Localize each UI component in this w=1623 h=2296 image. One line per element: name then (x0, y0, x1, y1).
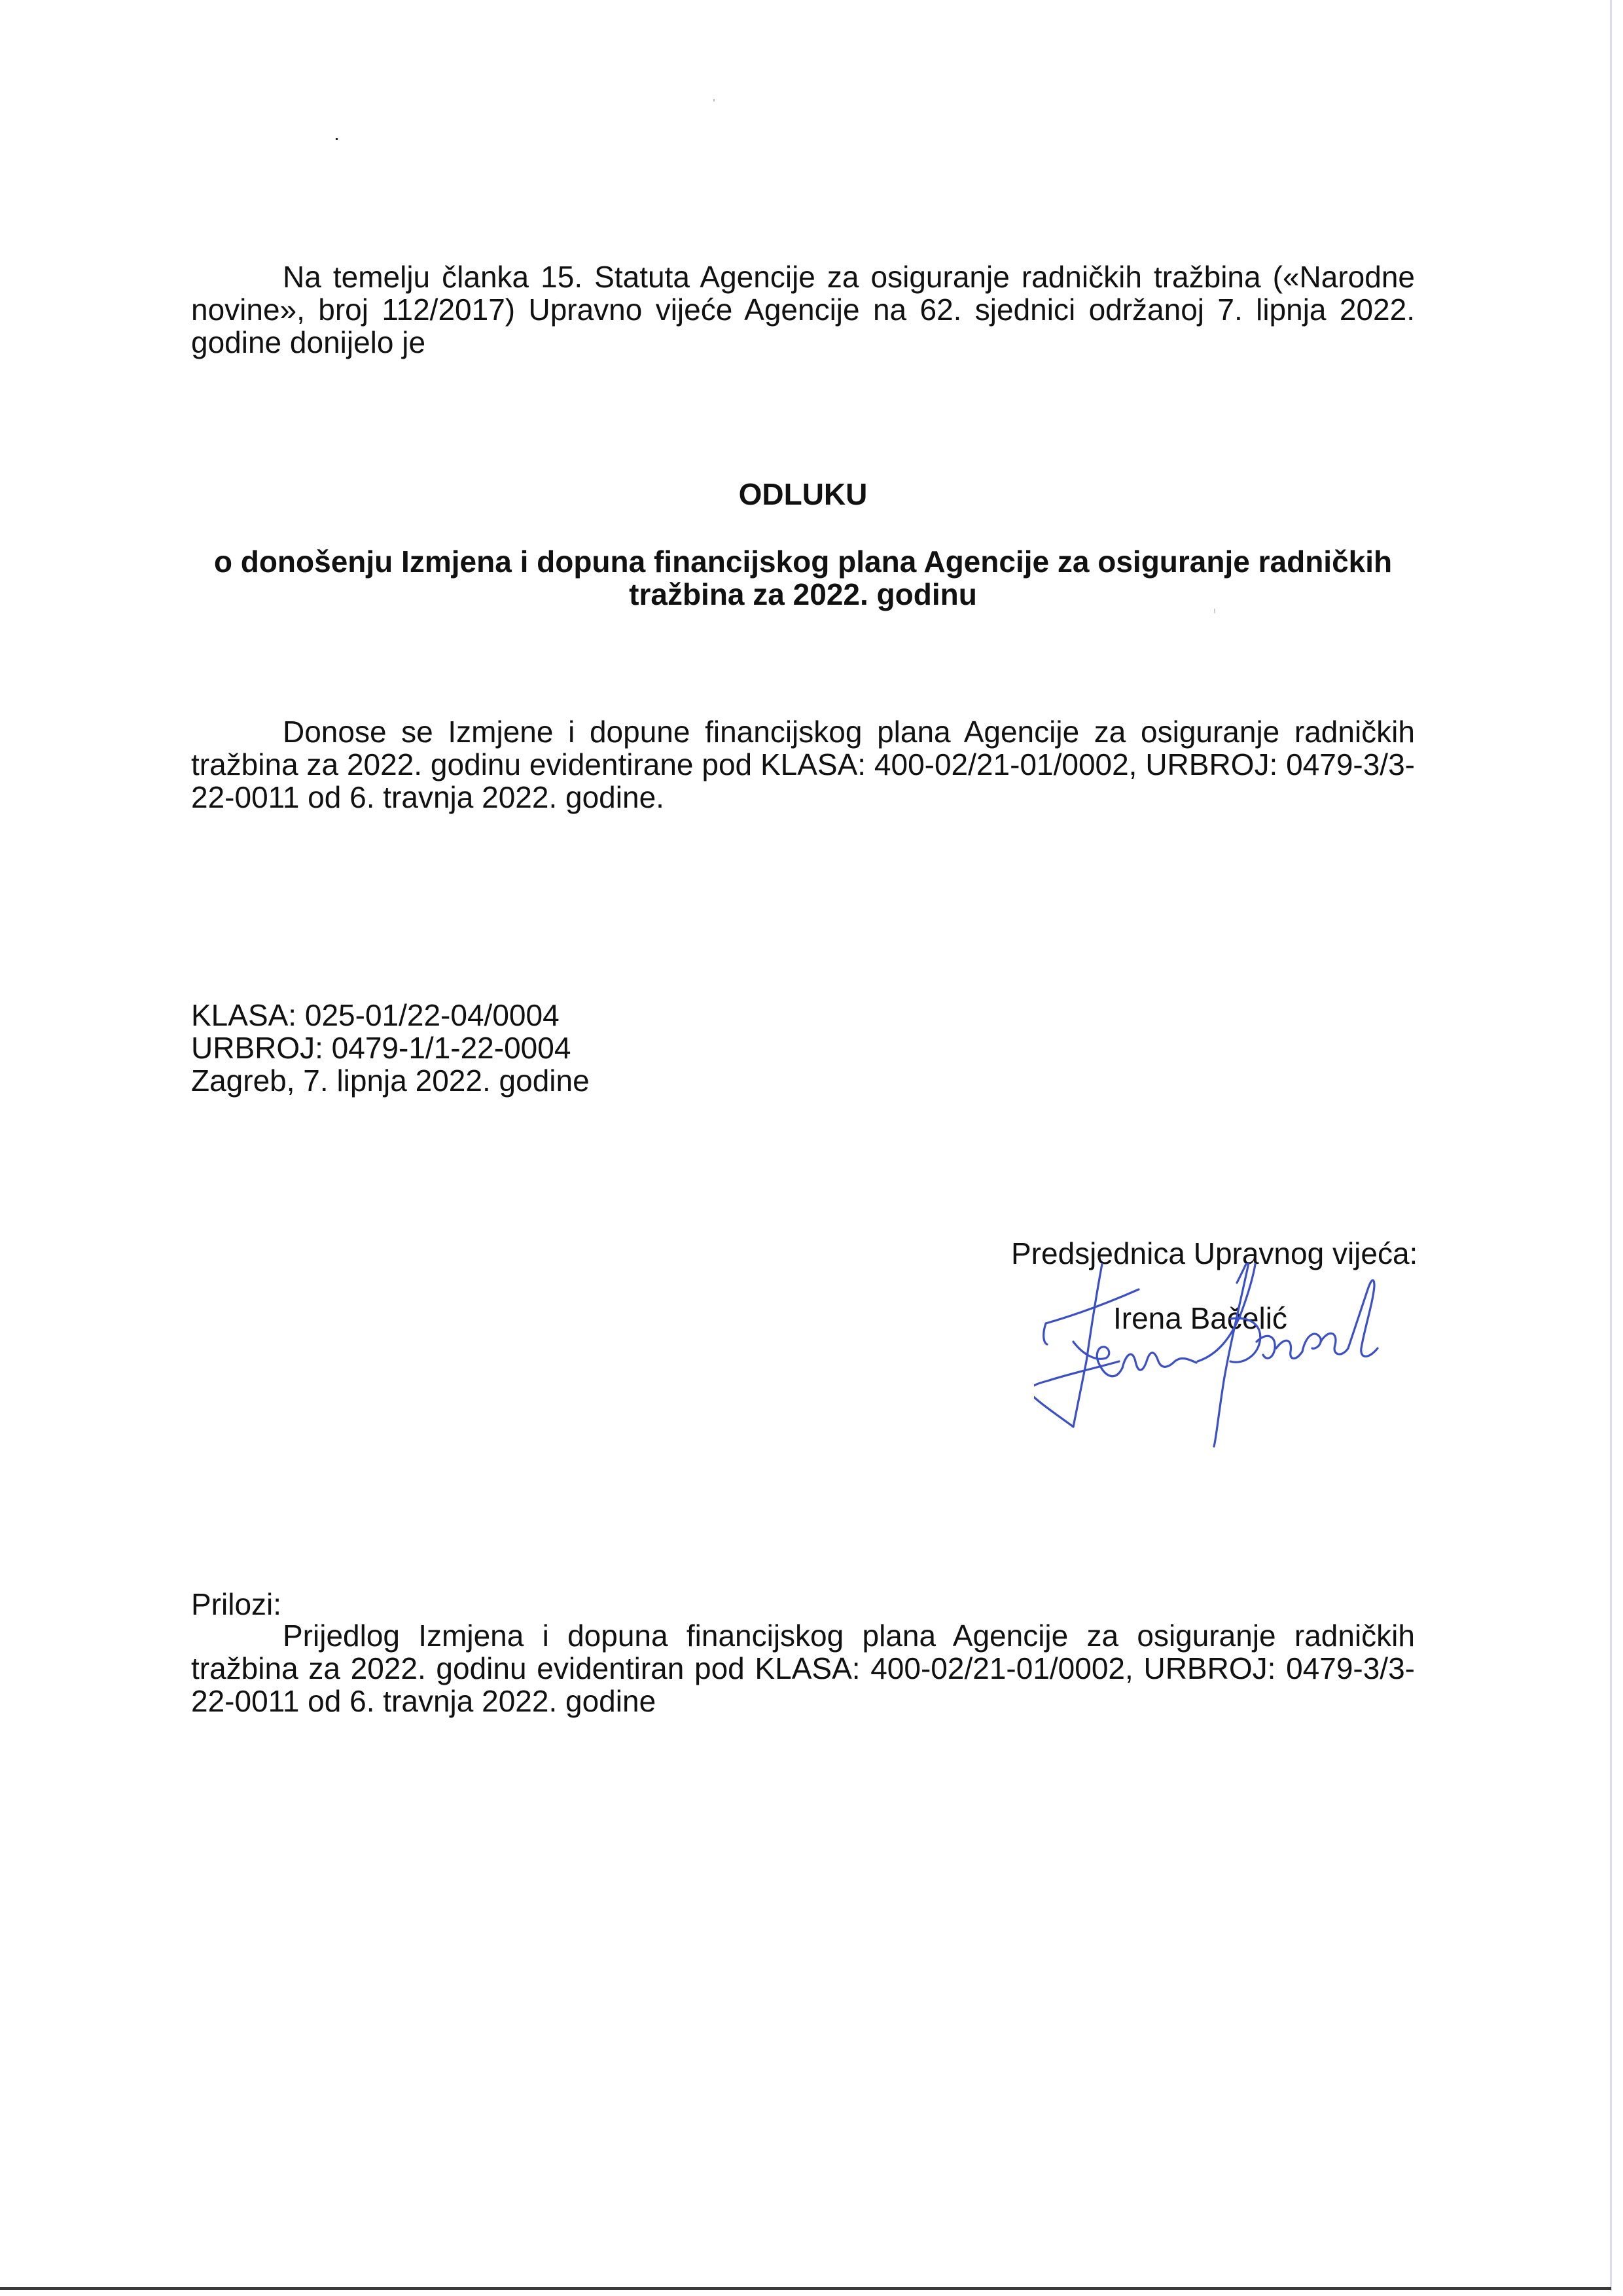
intro-paragraph-block: Na temelju članka 15. Statuta Agencije z… (191, 260, 1415, 359)
decision-paragraph: Donose se Izmjene i dopune financijskog … (191, 715, 1415, 814)
place-and-date: Zagreb, 7. lipnja 2022. godine (191, 1064, 590, 1097)
attachment-item: Prijedlog Izmjena i dopuna financijskog … (191, 1619, 1415, 1717)
document-title: ODLUKU (191, 478, 1415, 511)
intro-paragraph: Na temelju članka 15. Statuta Agencije z… (191, 260, 1415, 359)
document-subtitle: o donošenju Izmjena i dopuna financijsko… (191, 545, 1415, 611)
decision-paragraph-block: Donose se Izmjene i dopune financijskog … (191, 715, 1415, 814)
attachments-list: Prijedlog Izmjena i dopuna financijskog … (191, 1619, 1415, 1717)
klasa-reference: KLASA: 025-01/22-04/0004 (191, 999, 590, 1031)
scan-speck (713, 99, 715, 101)
urbroj-reference: URBROJ: 0479-1/1-22-0004 (191, 1031, 590, 1064)
handwritten-signature-icon (1034, 1263, 1479, 1473)
document-metadata: KLASA: 025-01/22-04/0004 URBROJ: 0479-1/… (191, 999, 590, 1097)
attachments-label: Prilozi: (191, 1588, 281, 1621)
subtitle-line-1: o donošenju Izmjena i dopuna financijsko… (191, 545, 1415, 578)
scan-edge-bottom (0, 2287, 1611, 2290)
scan-speck (336, 138, 338, 140)
document-page: Na temelju članka 15. Statuta Agencije z… (0, 0, 1623, 2296)
subtitle-line-2: tražbina za 2022. godinu (191, 578, 1415, 611)
scan-edge-right (1610, 0, 1612, 2291)
